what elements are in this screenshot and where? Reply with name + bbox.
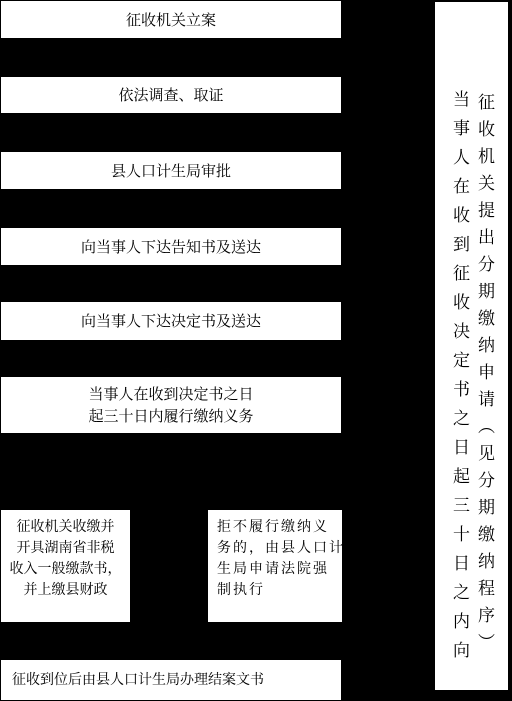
flow-box-payment-obligation: 当事人在收到决定书之日 起三十日内履行缴纳义务 — [1, 377, 341, 433]
flow-box-label: 依法调查、取证 — [118, 84, 223, 106]
flow-box-decision-delivery: 向当事人下达决定书及送达 — [1, 302, 341, 340]
flow-box-label-line: 征收机关收缴并 — [17, 517, 115, 538]
flow-box-label: 向当事人下达决定书及送达 — [81, 310, 261, 332]
flowchart-page: 征收机关立案 依法调查、取证 县人口计生局审批 向当事人下达告知书及送达 向当事… — [0, 0, 512, 701]
flow-box-label-line: 拒不履行缴纳义 — [217, 517, 329, 538]
flow-box-label: 向当事人下达告知书及送达 — [81, 236, 261, 258]
side-note-panel: 当事人在收到征收决定书之日起三十日之内向 征收机关提出分期缴纳申请（见分期缴纳程… — [435, 2, 508, 690]
flow-box-bureau-approval: 县人口计生局审批 — [1, 152, 341, 189]
side-note-vertical-text-right: 征收机关提出分期缴纳申请（见分期缴纳程序） — [472, 93, 497, 660]
side-note-vertical-text-left: 当事人在收到征收决定书之日起三十日之内向 — [447, 90, 472, 670]
flow-box-label-line: 起三十日内履行缴纳义务 — [88, 405, 253, 427]
flow-box-label: 县人口计生局审批 — [111, 160, 231, 182]
flow-box-label: 征收到位后由县人口计生局办理结案文书 — [12, 669, 264, 691]
flow-box-label-line: 生局申请法院强 — [217, 559, 329, 580]
flow-box-label-line: 制执行 — [217, 580, 265, 601]
flow-box-label-line: 当事人在收到决定书之日 — [88, 383, 253, 405]
flow-box-notice-delivery: 向当事人下达告知书及送达 — [1, 228, 341, 265]
flow-box-label: 征收机关立案 — [126, 9, 216, 31]
flow-box-collection-receipt: 征收机关收缴并 开具湖南省非税 收入一般缴款书， 并上缴县财政 — [1, 510, 130, 622]
flow-box-label-line: 务的，由县人口计 — [217, 538, 345, 559]
flow-box-court-enforcement: 拒不履行缴纳义 务的，由县人口计 生局申请法院强 制执行 — [208, 510, 342, 622]
flow-box-case-closing: 征收到位后由县人口计生局办理结案文书 — [1, 660, 341, 700]
flow-box-label-line: 收入一般缴款书， — [10, 559, 122, 580]
flow-box-label-line: 开具湖南省非税 — [17, 538, 115, 559]
flow-box-investigation: 依法调查、取证 — [1, 77, 341, 113]
flow-box-case-filing: 征收机关立案 — [1, 1, 341, 38]
flow-box-label-line: 并上缴县财政 — [24, 580, 108, 601]
